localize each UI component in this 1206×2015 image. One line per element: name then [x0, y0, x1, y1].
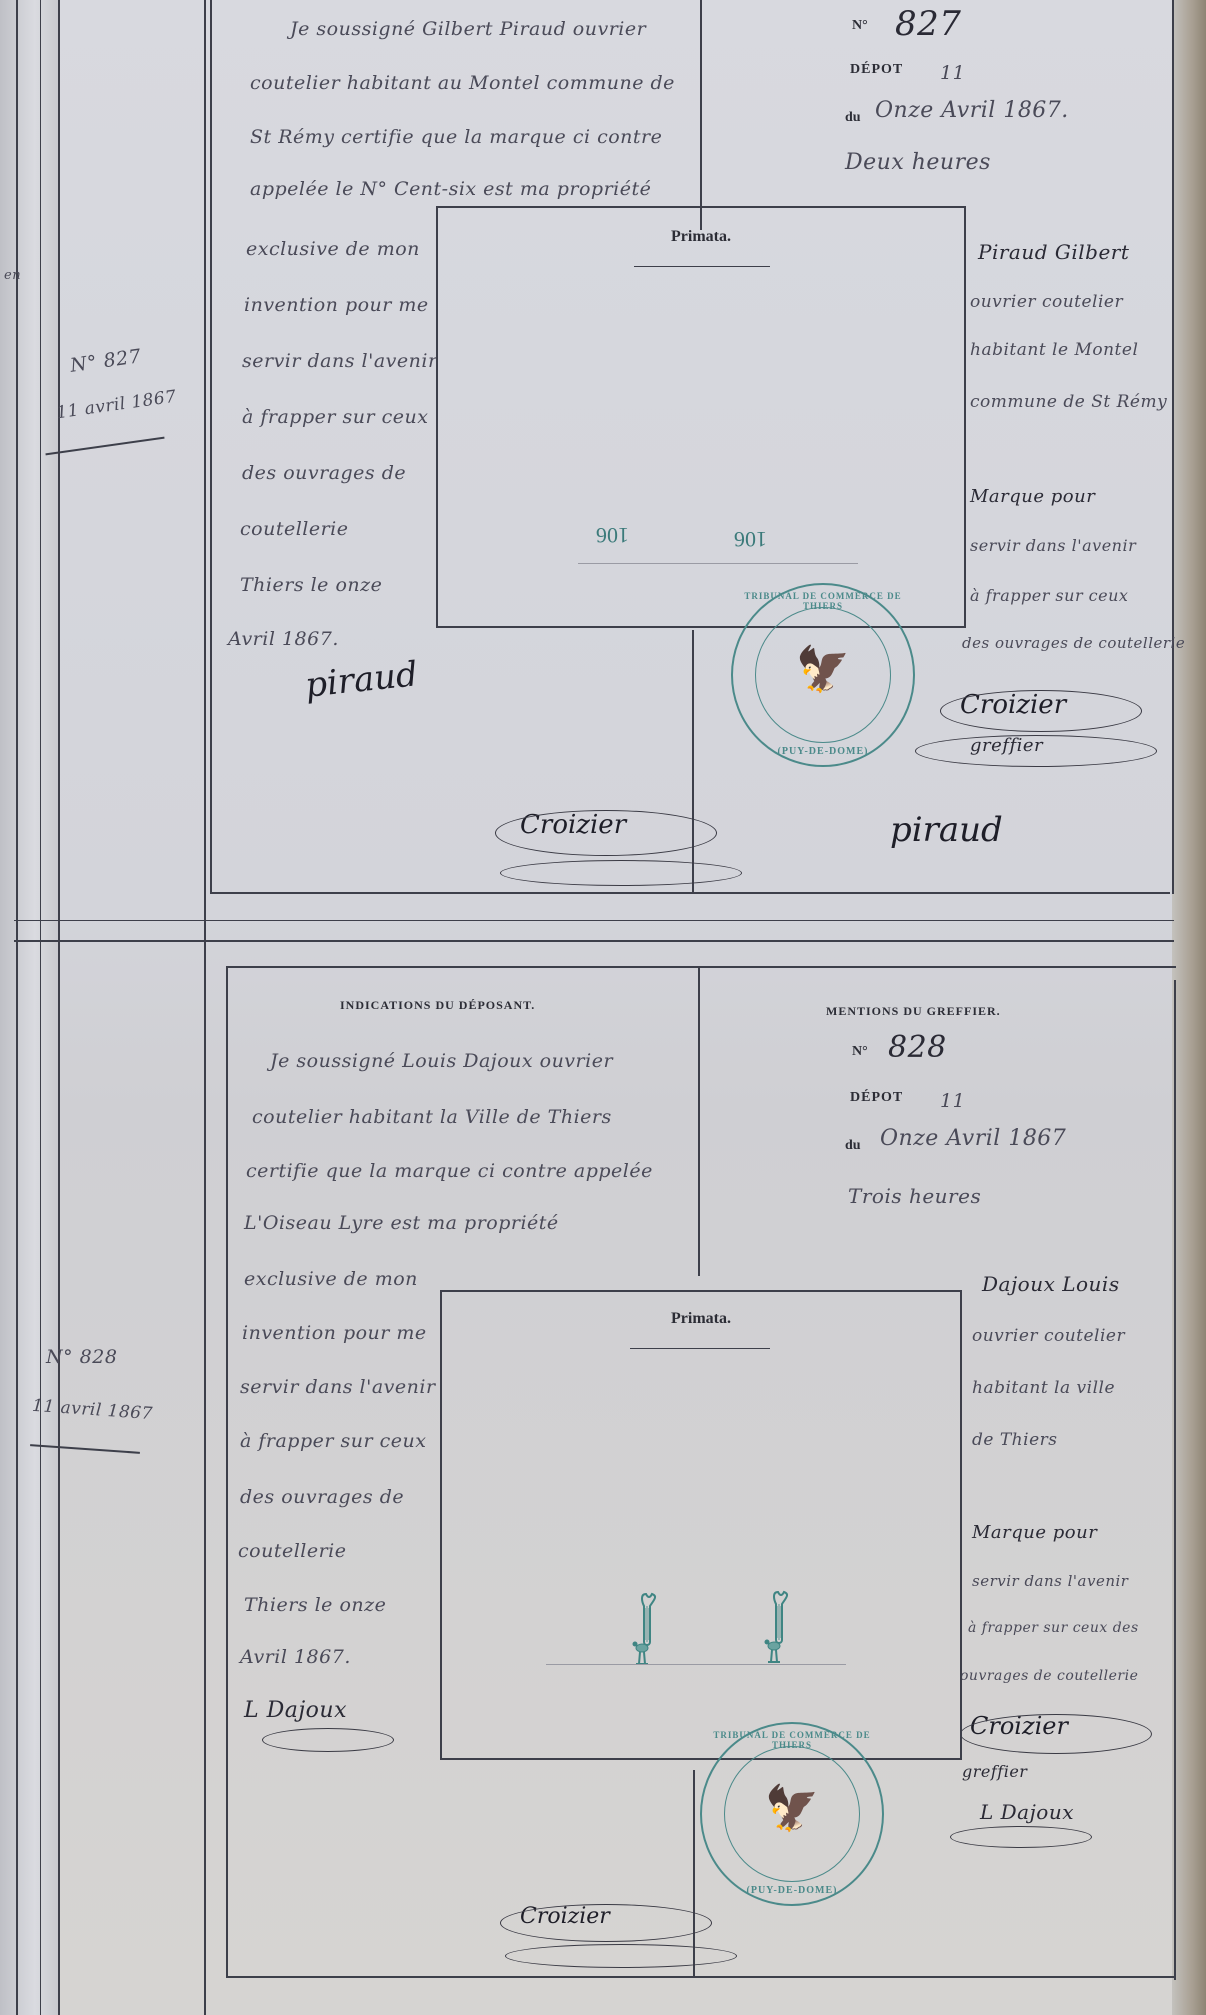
declaration-line: des ouvrages de: [240, 1486, 404, 1508]
greffier-depositor-signature: piraud: [890, 810, 1003, 850]
greffier-sub: greffier: [962, 1762, 1027, 1781]
left-page-rule: [40, 0, 41, 2015]
declaration-line: invention pour me: [244, 294, 429, 316]
mark-box: Primata. 106 106: [436, 206, 966, 628]
declaration-line: exclusive de mon: [244, 1268, 418, 1290]
declaration-line: Thiers le onze: [244, 1594, 386, 1616]
deposit-number: 827: [895, 4, 961, 44]
mark-box: Primata.: [440, 1290, 962, 1760]
declaration-line: certifie que la marque ci contre appelée: [246, 1160, 653, 1182]
du-label: du: [845, 1138, 861, 1154]
stamp-bottom-text: (PUY-DE-DOME): [702, 1885, 882, 1896]
deposit-number: 828: [888, 1030, 947, 1065]
book-spine: [0, 0, 58, 2015]
greffier-marque-line: à frapper sur ceux: [970, 586, 1128, 605]
title-rule: [630, 1348, 770, 1349]
declaration-line: coutellerie: [240, 518, 349, 540]
greffier-marque-line: des ouvrages de coutellerie: [962, 634, 1185, 652]
deposit-time: Deux heures: [845, 150, 991, 175]
declaration-line: St Rémy certifie que la marque ci contre: [250, 126, 662, 148]
mark-box-title: Primata.: [438, 228, 964, 246]
title-rule: [634, 266, 770, 267]
lyrebird-icon: [632, 1592, 662, 1672]
entry-separator: [14, 920, 1174, 921]
declaration-line: Avril 1867.: [240, 1646, 351, 1668]
depot-mark: 11: [940, 1090, 965, 1112]
stamp-top-text: TRIBUNAL DE COMMERCE DE THIERS: [733, 591, 913, 611]
entry1-bottom-rule: [210, 892, 1170, 894]
entry2-bottom-rule: [226, 1976, 1176, 1978]
declaration-line: invention pour me: [242, 1322, 427, 1344]
margin-note-number: N° 828: [46, 1346, 117, 1368]
du-label: du: [845, 110, 861, 126]
signature-flourish: [960, 1714, 1152, 1754]
entry2-top-rule: [226, 966, 1176, 968]
greffier-marque-line: ouvrages de coutellerie: [960, 1668, 1138, 1684]
left-page-fragment: en: [4, 268, 21, 283]
mark-text: 106: [734, 526, 767, 552]
margin-note-number: N° 827: [69, 345, 143, 377]
greffier-depositor-name: Piraud Gilbert: [978, 240, 1129, 264]
declaration-line: Thiers le onze: [240, 574, 382, 596]
depot-mark: 11: [940, 62, 965, 84]
greffier-marque-line: à frapper sur ceux des: [968, 1620, 1139, 1636]
declaration-line: à frapper sur ceux: [240, 1430, 426, 1452]
margin-underline: [45, 437, 164, 456]
page-edge: [1172, 0, 1206, 2015]
signature-flourish: [950, 1826, 1092, 1848]
signature-flourish: [940, 690, 1142, 732]
greffier-marque-line: servir dans l'avenir: [970, 536, 1136, 555]
margin-rule: [58, 0, 60, 2015]
entry2-column-divider: [693, 1770, 695, 1976]
greffier-desc-line: ouvrier coutelier: [972, 1326, 1125, 1346]
depot-label: DÉPOT: [850, 1090, 903, 1106]
mark-text: 106: [596, 522, 629, 548]
declaration-line: L'Oiseau Lyre est ma propriété: [244, 1212, 559, 1234]
header-depositor: INDICATIONS DU DÉPOSANT.: [340, 998, 535, 1013]
header-greffier: MENTIONS DU GREFFIER.: [826, 1004, 1001, 1019]
deposit-date: Onze Avril 1867: [880, 1126, 1066, 1151]
greffier-marque-line: Marque pour: [972, 1522, 1097, 1543]
entry1-column-divider: [692, 630, 694, 892]
greffier-depositor-signature: L Dajoux: [980, 1800, 1074, 1824]
depositor-signature: L Dajoux: [244, 1698, 347, 1723]
mark-box-title: Primata.: [442, 1310, 960, 1328]
margin-note-date: 11 avril 1867: [55, 387, 178, 424]
greffier-desc-line: habitant la ville: [972, 1378, 1115, 1398]
mark-baseline: [546, 1664, 846, 1665]
declaration-line: Je soussigné Gilbert Piraud ouvrier: [290, 18, 646, 40]
signature-flourish: [500, 1904, 712, 1942]
lyrebird-icon: [764, 1590, 794, 1670]
signature-flourish: [915, 735, 1157, 767]
declaration-line: à frapper sur ceux: [242, 406, 428, 428]
signature-flourish: [262, 1728, 394, 1752]
greffier-desc-line: commune de St Rémy: [970, 392, 1167, 412]
greffier-marque-line: servir dans l'avenir: [972, 1572, 1128, 1590]
declaration-line: coutellerie: [238, 1540, 347, 1562]
declaration-line: servir dans l'avenir: [242, 350, 438, 372]
greffier-marque-line: Marque pour: [970, 486, 1095, 507]
greffier-desc-line: habitant le Montel: [970, 340, 1138, 360]
declaration-line: coutelier habitant la Ville de Thiers: [252, 1106, 612, 1128]
signature-flourish: [495, 810, 717, 856]
register-page: en N° 827 11 avril 1867 Je soussigné Gil…: [0, 0, 1206, 2015]
deposit-date: Onze Avril 1867.: [875, 98, 1069, 123]
greffier-desc-line: de Thiers: [972, 1430, 1057, 1450]
declaration-line: coutelier habitant au Montel commune de: [250, 72, 675, 94]
tribunal-stamp: TRIBUNAL DE COMMERCE DE THIERS 🦅 (PUY-DE…: [700, 1722, 884, 1906]
margin-rule: [204, 0, 206, 2015]
entry2-right-rule: [1174, 980, 1176, 1980]
left-page-rule: [16, 0, 18, 2015]
tribunal-stamp: TRIBUNAL DE COMMERCE DE THIERS 🦅 (PUY-DE…: [731, 583, 915, 767]
declaration-line: appelée le N° Cent-six est ma propriété: [250, 178, 651, 200]
entry1-right-rule: [1172, 0, 1174, 894]
entry2-left-rule: [226, 966, 228, 1976]
mark-baseline: [578, 563, 858, 564]
declaration-line: Je soussigné Louis Dajoux ouvrier: [270, 1050, 613, 1072]
stamp-top-text: TRIBUNAL DE COMMERCE DE THIERS: [702, 1730, 882, 1750]
imperial-eagle-icon: 🦅: [702, 1782, 882, 1834]
declaration-line: servir dans l'avenir: [240, 1376, 436, 1398]
signature-flourish: [500, 860, 742, 886]
entry2-column-divider: [698, 966, 700, 1276]
stamp-bottom-text: (PUY-DE-DOME): [733, 746, 913, 757]
entry-separator: [14, 940, 1174, 942]
imperial-eagle-icon: 🦅: [733, 643, 913, 695]
greffier-desc-line: ouvrier coutelier: [970, 292, 1123, 312]
no-label: N°: [852, 1044, 868, 1060]
no-label: N°: [852, 18, 868, 34]
deposit-time: Trois heures: [848, 1184, 981, 1208]
entry1-column-divider: [700, 0, 702, 230]
signature-flourish: [505, 1944, 737, 1968]
entry1-left-rule: [210, 0, 212, 894]
depositor-signature: piraud: [303, 654, 419, 706]
declaration-line: des ouvrages de: [242, 462, 406, 484]
declaration-line: Avril 1867.: [228, 628, 339, 650]
declaration-line: exclusive de mon: [246, 238, 420, 260]
greffier-depositor-name: Dajoux Louis: [982, 1272, 1120, 1296]
depot-label: DÉPOT: [850, 62, 903, 78]
